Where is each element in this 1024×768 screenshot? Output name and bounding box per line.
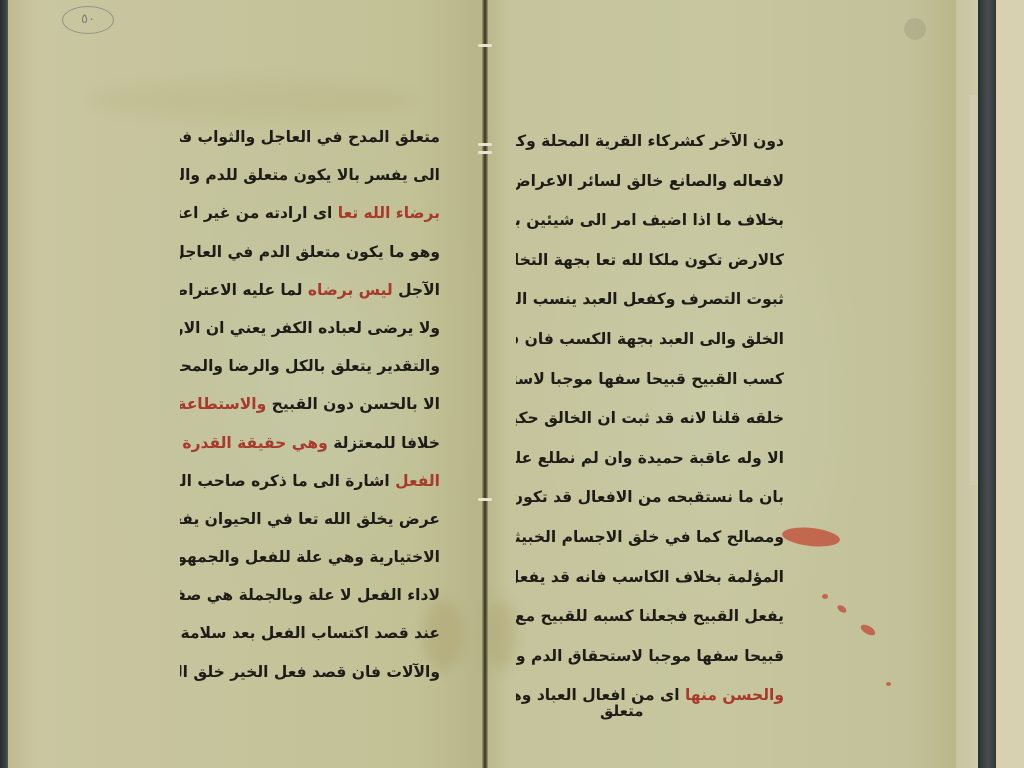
text-segment: خلقه قلنا لانه قد ثبت ان الخالق حكيم لا …	[516, 409, 784, 427]
text-line: الخلق والى العبد بجهة الكسب فان قيل فكيف…	[516, 320, 784, 360]
text-line: خلافا للمعتزلة وهي حقيقة القدرة التي يكو…	[180, 424, 440, 462]
text-line: ولا يرضى لعباده الكفر يعني ان الارادة وا…	[180, 309, 440, 347]
book-gutter	[482, 0, 488, 768]
text-line: قبيحا سفها موجبا لاستحقاق الدم والعقاب	[516, 637, 784, 677]
red-ink-mark	[822, 594, 828, 599]
text-segment: اشارة الى ما ذكره صاحب التبصرة من انها	[180, 472, 395, 490]
cover-edge	[978, 0, 998, 768]
text-line: خلقه قلنا لانه قد ثبت ان الخالق حكيم لا …	[516, 399, 784, 439]
text-line: لاداء الفعل لا علة وبالجملة هي صفة يخلقه…	[180, 576, 440, 614]
text-line: كالارض تكون ملكا لله تعا بجهة التخليق ول…	[516, 241, 784, 281]
rubric-segment: ليس برضاه	[308, 281, 393, 299]
corner-mark	[904, 18, 926, 40]
text-segment: قبيحا سفها موجبا لاستحقاق الدم والعقاب	[516, 647, 784, 665]
catchword: متعلق	[600, 702, 644, 720]
text-segment: اى ارادته من غير اعتراض	[180, 204, 338, 222]
text-segment: والآلات فان قصد فعل الخير خلق الله تعا ق…	[180, 663, 440, 681]
text-segment: ومصالح كما في خلق الاجسام الخبيثة الضارة…	[516, 528, 784, 546]
text-line: عرض يخلق الله تعا في الحيوان يفعل به الا…	[180, 500, 440, 538]
text-segment: الا بالحسن دون القبيح	[266, 395, 440, 413]
text-line: والحسن منها اى من افعال العباد وهو ما يك…	[516, 676, 784, 716]
water-stain	[88, 80, 418, 120]
text-segment: كسب القبيح قبيحا سفها موجبا لاستحقاق الد…	[516, 370, 784, 388]
text-line: والآلات فان قصد فعل الخير خلق الله تعا ق…	[180, 653, 440, 691]
text-line: المؤلمة بخلاف الكاسب فانه قد يفعل الحسن …	[516, 558, 784, 598]
text-line: دون الآخر كشركاء القرية المحلة وكما اذا …	[516, 122, 784, 162]
text-segment: بان ما نستقبحه من الافعال قد تكون له فيه…	[516, 488, 784, 506]
text-segment: المؤلمة بخلاف الكاسب فانه قد يفعل الحسن …	[516, 568, 784, 586]
text-segment: لاداء الفعل لا علة وبالجملة هي صفة يخلقه…	[180, 586, 440, 604]
text-line: الا وله عاقبة حميدة وان لم نطلع عليها فج…	[516, 439, 784, 479]
binding-thread	[478, 44, 492, 47]
text-line: الا بالحسن دون القبيح والاستطاعة مع الفع…	[180, 385, 440, 423]
rubric-segment: والحسن منها	[685, 686, 784, 704]
rubric-segment: الفعل	[395, 472, 440, 490]
text-line: وهو ما يكون متعلق الدم في العاجل والعقاب…	[180, 233, 440, 271]
text-line: كسب القبيح قبيحا سفها موجبا لاستحقاق الد…	[516, 360, 784, 400]
cover-board	[996, 0, 1024, 768]
text-segment: الخلق والى العبد بجهة الكسب فان قيل فكيف…	[516, 330, 784, 348]
text-line: الفعل اشارة الى ما ذكره صاحب التبصرة من …	[180, 462, 440, 500]
folio-number: ٥٠	[62, 6, 114, 34]
text-line: متعلق المدح في العاجل والثواب في الآجل و…	[180, 118, 440, 156]
text-segment: لما عليه الاعتراض قال الله تعا	[180, 281, 308, 299]
text-segment: الآجل	[393, 281, 440, 299]
text-segment: لافعاله والصانع خالق لسائر الاعراض والاج…	[516, 172, 784, 190]
text-line: والتقدير يتعلق بالكل والرضا والمحبة والا…	[180, 347, 440, 385]
right-page-text: دون الآخر كشركاء القرية المحلة وكما اذا …	[516, 122, 784, 716]
binding-thread	[478, 498, 492, 501]
binding-thread	[478, 151, 492, 154]
binding-thread	[478, 143, 492, 146]
text-segment: ثبوت التصرف وكفعل العبد ينسب الى الله تع…	[516, 290, 784, 308]
text-line: بخلاف ما اذا اضيف امر الى شيئين بجهتين م…	[516, 201, 784, 241]
text-segment: دون الآخر كشركاء القرية المحلة وكما اذا …	[516, 132, 784, 150]
rubric-segment: برضاء الله تعا	[338, 204, 440, 222]
text-segment: الاختيارية وهي علة للفعل والجمهور على ان…	[180, 548, 440, 566]
manuscript-spread: ٥٠ متعلق المدح في العاجل والثواب في الآج…	[0, 0, 1024, 768]
text-line: لافعاله والصانع خالق لسائر الاعراض والاج…	[516, 162, 784, 202]
text-line: ومصالح كما في خلق الاجسام الخبيثة الضارة…	[516, 518, 784, 558]
text-line: بان ما نستقبحه من الافعال قد تكون له فيه…	[516, 478, 784, 518]
text-segment: متعلق المدح في العاجل والثواب في الآجل و…	[180, 128, 440, 146]
text-line: يفعل القبيح فجعلنا كسبه للقبيح مع ورود ا…	[516, 597, 784, 637]
rubric-segment: وهي حقيقة القدرة التي يكون بها	[180, 434, 328, 452]
text-segment: بخلاف ما اذا اضيف امر الى شيئين بجهتين م…	[516, 211, 784, 229]
left-page-text: متعلق المدح في العاجل والثواب في الآجل و…	[180, 118, 440, 691]
text-line: الآجل ليس برضاه لما عليه الاعتراض قال ال…	[180, 271, 440, 309]
text-line: عند قصد اكتساب الفعل بعد سلامة الاسباب	[180, 614, 440, 652]
water-stain	[486, 600, 516, 670]
text-segment: عرض يخلق الله تعا في الحيوان يفعل به الا…	[180, 510, 440, 528]
text-line: الى يفسر بالا يكون متعلق للدم والعقاب لي…	[180, 156, 440, 194]
rubric-segment: والاستطاعة مع الفعل	[180, 395, 266, 413]
text-segment: الى يفسر بالا يكون متعلق للدم والعقاب لي…	[180, 166, 440, 184]
text-segment: عند قصد اكتساب الفعل بعد سلامة الاسباب	[180, 624, 440, 642]
text-segment: خلافا للمعتزلة	[328, 434, 440, 452]
text-segment: والتقدير يتعلق بالكل والرضا والمحبة والا…	[180, 357, 440, 375]
text-line: الاختيارية وهي علة للفعل والجمهور على ان…	[180, 538, 440, 576]
text-segment: يفعل القبيح فجعلنا كسبه للقبيح مع ورود ا…	[516, 607, 784, 625]
text-segment: ولا يرضى لعباده الكفر يعني ان الارادة وا…	[180, 319, 440, 337]
text-line: ثبوت التصرف وكفعل العبد ينسب الى الله تع…	[516, 280, 784, 320]
text-segment: وهو ما يكون متعلق الدم في العاجل والعقاب…	[180, 243, 440, 261]
text-line: برضاء الله تعا اى ارادته من غير اعتراض و…	[180, 194, 440, 232]
red-ink-mark	[886, 682, 891, 686]
text-segment: الا وله عاقبة حميدة وان لم نطلع عليها فج…	[516, 449, 784, 467]
text-segment: كالارض تكون ملكا لله تعا بجهة التخليق ول…	[516, 251, 784, 269]
